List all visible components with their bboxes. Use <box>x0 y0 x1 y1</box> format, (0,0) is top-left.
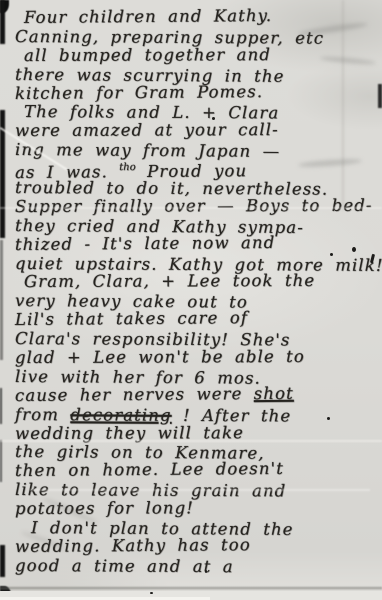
letter-lines: Four children and Kathy.Canning, prepari… <box>15 9 378 576</box>
handwritten-line: kitchen for Gram Pomes. <box>15 82 378 104</box>
handwritten-line: as I was. tho Proud you <box>15 157 378 179</box>
line-text: shot <box>254 384 294 403</box>
handwritten-line: Supper finally over — Boys to bed- <box>15 197 378 217</box>
scan-edge-shadow <box>0 0 5 44</box>
handwritten-line: potatoes for long! <box>15 499 378 519</box>
scan-edge-shadow <box>0 240 3 360</box>
line-text: Gram, Clara, + Lee took the <box>24 271 315 291</box>
line-text: glad + Lee won't be able to <box>15 347 305 367</box>
handwritten-line: cause her nerves were shot <box>15 384 378 406</box>
handwritten-line: were amazed at your call- <box>15 121 378 141</box>
line-text: tho <box>119 162 136 173</box>
line-text: from <box>15 405 70 424</box>
line-text: decorating <box>70 405 171 425</box>
paper-edge-shadow <box>0 586 382 590</box>
paper-bottom-edge <box>0 591 382 600</box>
letter-scan: Four children and Kathy.Canning, prepari… <box>0 0 382 600</box>
ink-speck <box>150 592 153 594</box>
handwritten-line: all bumped together and <box>15 46 378 66</box>
handwritten-line: Gram, Clara, + Lee took the <box>15 272 378 292</box>
line-text: Canning, preparing supper, etc <box>15 27 324 48</box>
scan-corner-shadow <box>0 586 11 600</box>
line-text: were amazed at your call- <box>15 120 279 140</box>
scan-edge-shadow <box>0 440 2 482</box>
handwritten-line: glad + Lee won't be able to <box>15 348 378 368</box>
scan-edge-shadow <box>0 545 5 577</box>
line-text: thized - It's late now and <box>15 233 275 254</box>
line-text: wedding. Kathy has too <box>15 535 251 556</box>
line-text: Supper finally over — Boys to bed- <box>15 196 373 216</box>
scan-edge-shadow <box>0 388 2 424</box>
line-text: potatoes for long! <box>15 499 194 519</box>
handwritten-line: Four children and Kathy. <box>15 6 378 28</box>
handwritten-line: then on home. Lee doesn't <box>15 460 378 482</box>
line-text: all bumped together and <box>24 45 271 65</box>
line-text: wedding they will take <box>15 423 244 443</box>
scan-edge-shadow <box>0 110 5 238</box>
line-text: good a time and at a <box>15 556 234 576</box>
line-text: Lil's that takes care of <box>15 308 248 329</box>
handwritten-line: wedding. Kathy has too <box>15 535 378 557</box>
line-text: ! After the <box>172 406 292 426</box>
handwritten-line: Lil's that takes care of <box>15 308 378 330</box>
line-text: then on home. Lee doesn't <box>15 459 284 480</box>
handwritten-line: wedding they will take <box>15 423 378 443</box>
line-text: cause her nerves were <box>15 384 254 405</box>
scan-edge-shadow <box>378 84 382 108</box>
line-text: kitchen for Gram Pomes. <box>15 82 263 103</box>
line-text: Four children and Kathy. <box>24 6 272 27</box>
handwritten-line: thized - It's late now and <box>15 233 378 255</box>
handwritten-line: good a time and at a <box>15 557 378 578</box>
scan-corner-shadow <box>0 0 9 13</box>
